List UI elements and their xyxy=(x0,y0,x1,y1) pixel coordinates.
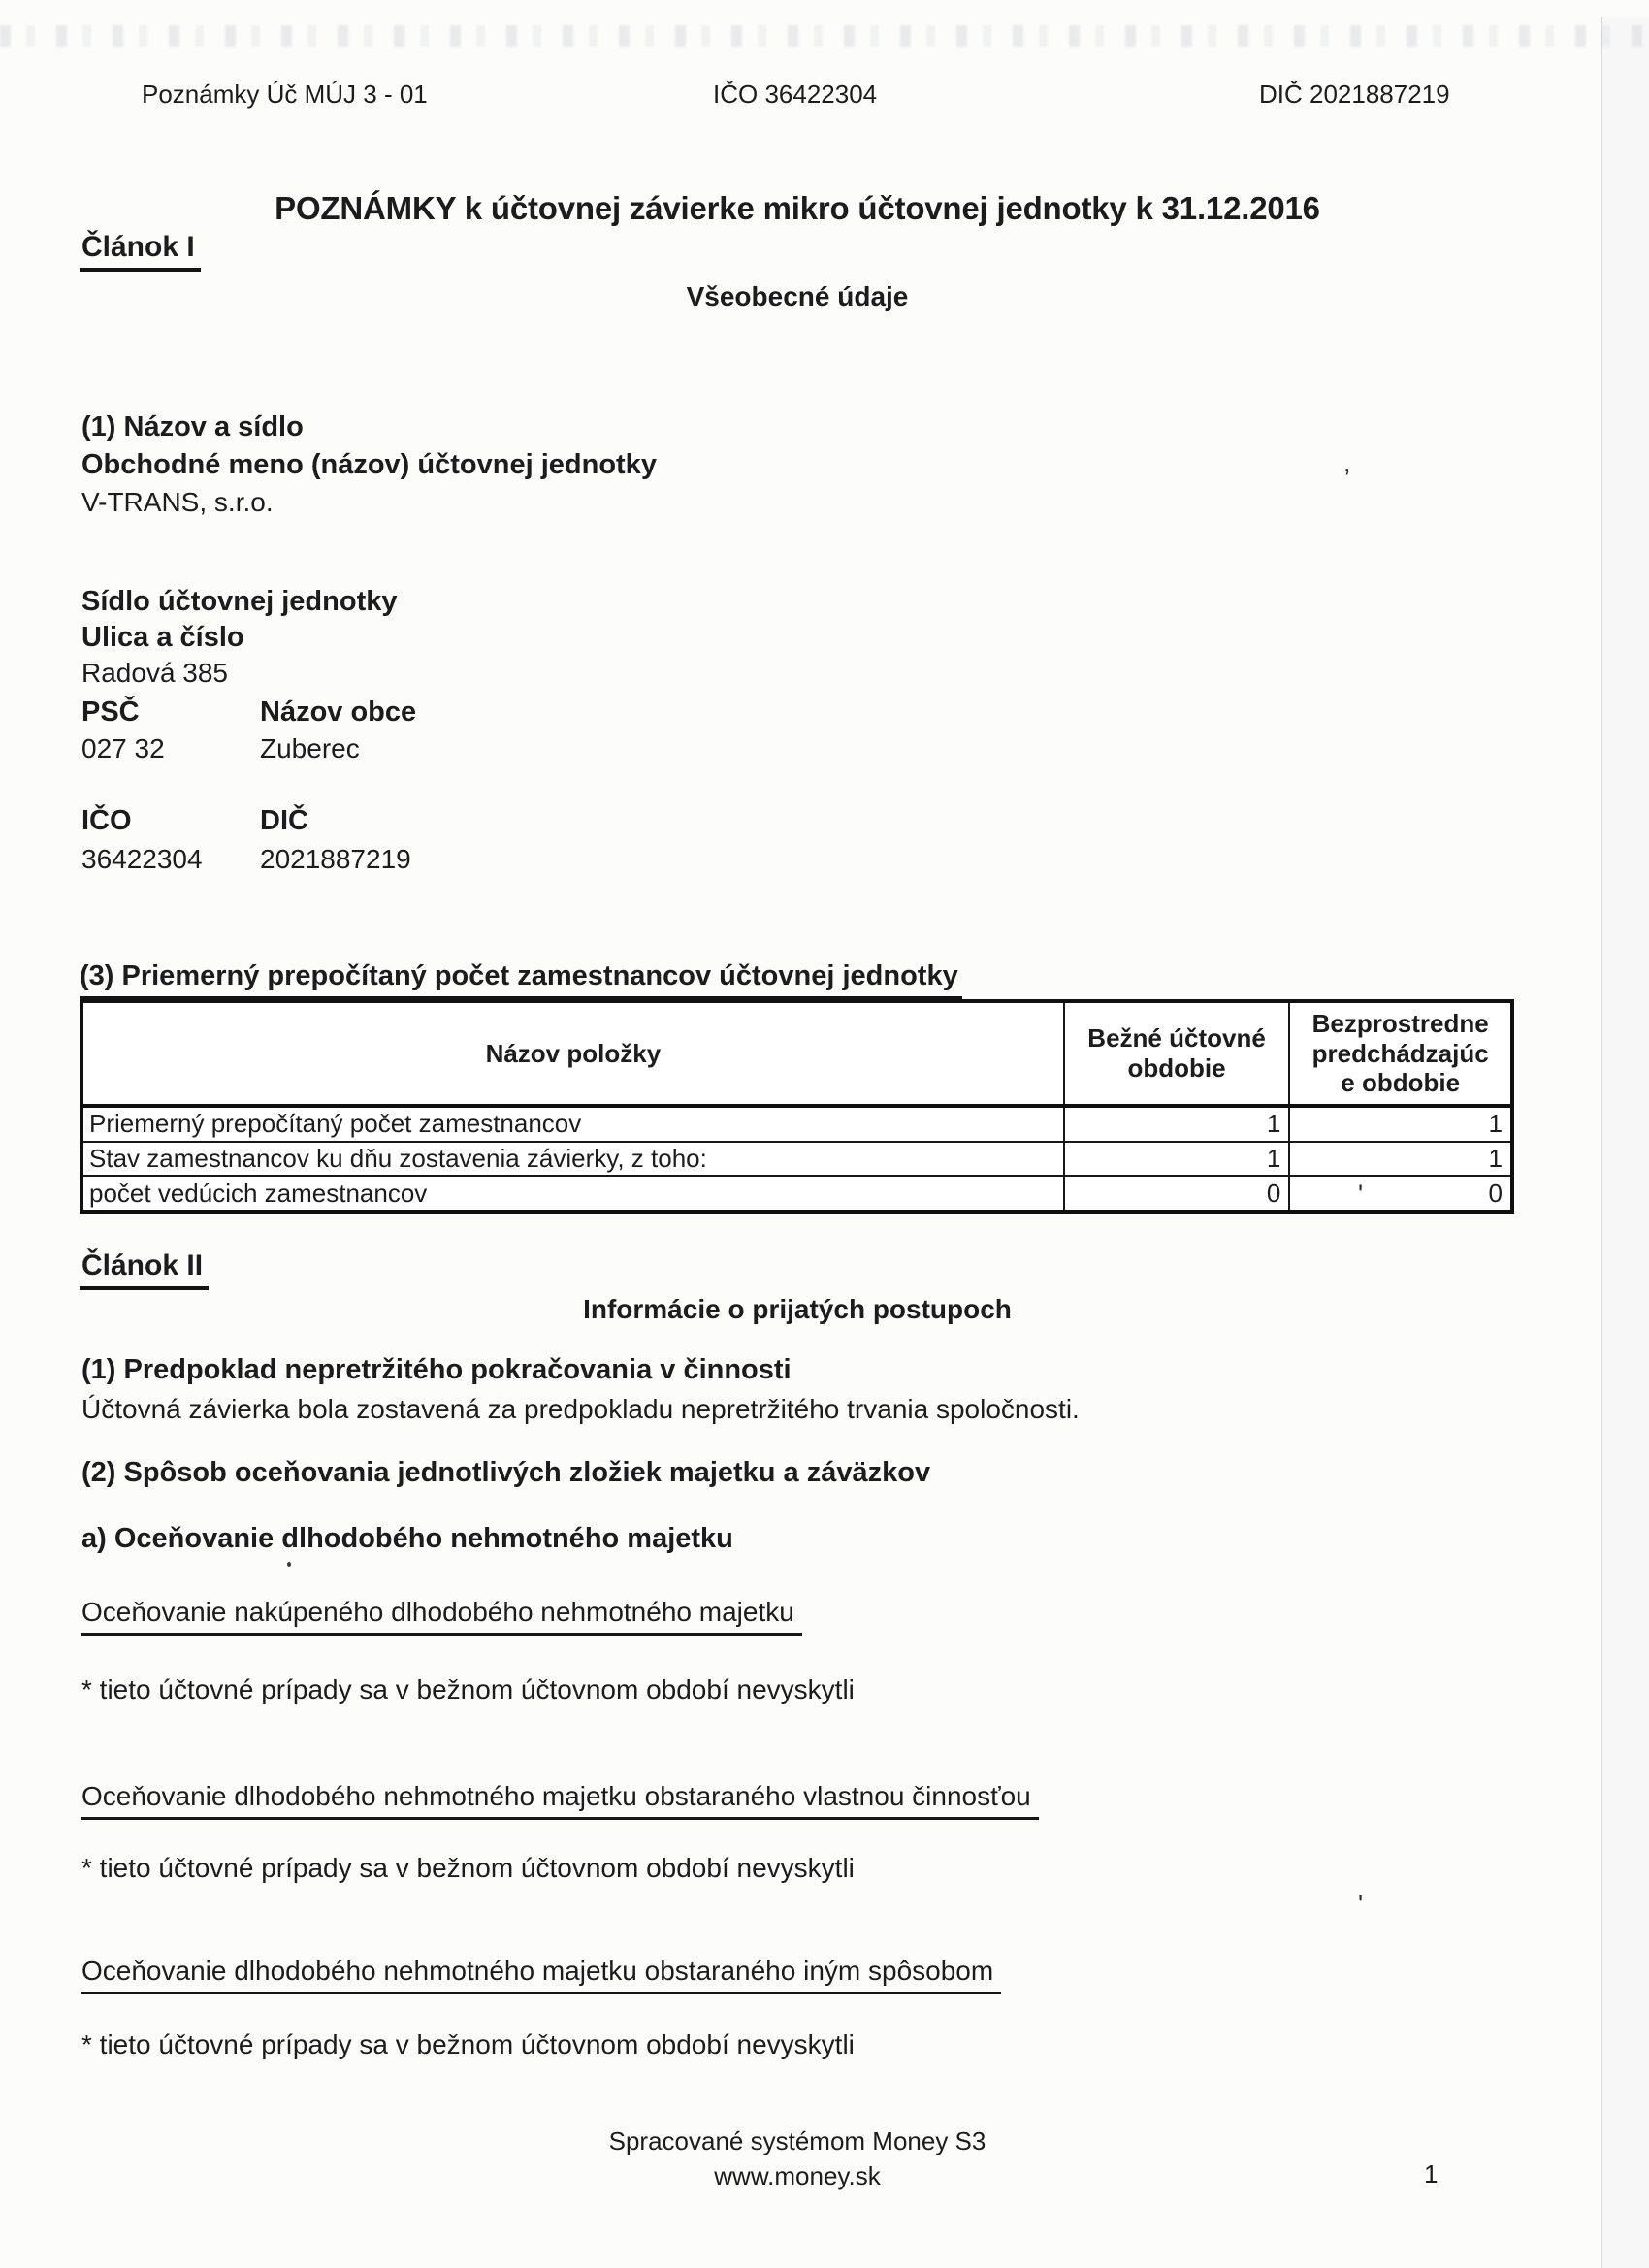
scanned-document-page: Poznámky Úč MÚJ 3 - 01 IČO 36422304 DIČ … xyxy=(0,0,1649,2268)
subsection-own-activity-note: * tieto účtovné prípady sa v bežnom účto… xyxy=(81,1853,855,1884)
street-value: Radová 385 xyxy=(81,658,228,689)
business-name-value: V-TRANS, s.r.o. xyxy=(81,487,274,518)
scan-artifact-comma: , xyxy=(1343,448,1351,478)
footer-url: www.money.sk xyxy=(80,2161,1515,2191)
row-label: Priemerný prepočítaný počet zamestnancov xyxy=(81,1106,1064,1142)
section3-heading: (3) Priemerný prepočítaný počet zamestna… xyxy=(80,960,962,999)
psc-label: PSČ xyxy=(81,697,140,729)
street-label: Ulica a číslo xyxy=(81,622,244,654)
ico-label: IČO xyxy=(81,805,132,837)
going-concern-text: Účtovná závierka bola zostavená za predp… xyxy=(81,1394,1080,1425)
row-label: počet vedúcich zamestnancov xyxy=(81,1176,1064,1212)
table-row: Stav zamestnancov ku dňu zostavenia závi… xyxy=(81,1142,1512,1177)
row-current-value: 1 xyxy=(1064,1142,1290,1177)
table-header-current-period: Bežné účtovné obdobie xyxy=(1064,1001,1290,1106)
scan-artifact-apostrophe: ' xyxy=(1358,1180,1363,1210)
article1-subtitle: Všeobecné údaje xyxy=(80,281,1515,312)
header-ico: IČO 36422304 xyxy=(713,80,877,110)
subsection-purchased-note: * tieto účtovné prípady sa v bežnom účto… xyxy=(81,1674,855,1705)
valuation-methods-heading: (2) Spôsob oceňovania jednotlivých zloži… xyxy=(81,1457,930,1489)
subsection-purchased-heading: Oceňovanie nakúpeného dlhodobého nehmotn… xyxy=(81,1597,802,1636)
row-current-value: 1 xyxy=(1064,1106,1290,1142)
psc-value: 027 32 xyxy=(81,733,165,764)
form-id: Poznámky Úč MÚJ 3 - 01 xyxy=(142,80,428,110)
employees-table: Názov položky Bežné účtovné obdobie Bezp… xyxy=(80,999,1514,1214)
page-number: 1 xyxy=(1424,2159,1438,2189)
page-title: POZNÁMKY k účtovnej závierke mikro účtov… xyxy=(80,190,1515,227)
intangible-assets-heading: a) Oceňovanie dlhodobého nehmotného maje… xyxy=(81,1523,733,1555)
row-previous-value: 1 xyxy=(1289,1142,1512,1177)
header-dic: DIČ 2021887219 xyxy=(1259,80,1450,110)
scan-artifact-dot xyxy=(287,1562,291,1567)
scan-page-edge-shade xyxy=(1602,17,1649,2268)
article2-heading: Článok II xyxy=(80,1249,209,1290)
section1-heading: (1) Názov a sídlo xyxy=(81,411,304,443)
table-header-name: Názov položky xyxy=(81,1001,1064,1106)
scan-noise-band xyxy=(0,25,1649,47)
article2-subtitle: Informácie o prijatých postupoch xyxy=(80,1294,1515,1325)
table-row: Priemerný prepočítaný počet zamestnancov… xyxy=(81,1106,1512,1142)
row-previous-value: 1 xyxy=(1289,1106,1512,1142)
dic-value: 2021887219 xyxy=(260,844,411,875)
scan-artifact-apostrophe: ' xyxy=(1358,1890,1363,1920)
subsection-own-activity-heading: Oceňovanie dlhodobého nehmotného majetku… xyxy=(81,1781,1039,1820)
article1-heading: Článok I xyxy=(80,231,201,272)
obec-value: Zuberec xyxy=(260,733,360,764)
ico-value: 36422304 xyxy=(81,844,203,875)
row-current-value: 0 xyxy=(1064,1176,1290,1212)
subsection-other-way-note: * tieto účtovné prípady sa v bežnom účto… xyxy=(81,2029,855,2060)
obec-label: Názov obce xyxy=(260,697,416,729)
row-label: Stav zamestnancov ku dňu zostavenia závi… xyxy=(81,1142,1064,1177)
seat-label: Sídlo účtovnej jednotky xyxy=(81,586,398,618)
table-header-previous-period: Bezprostredne predchádzajúc e obdobie xyxy=(1289,1001,1512,1106)
table-header-row: Názov položky Bežné účtovné obdobie Bezp… xyxy=(81,1001,1512,1106)
footer-system-line: Spracované systémom Money S3 xyxy=(80,2126,1515,2156)
table-row: počet vedúcich zamestnancov 0 0 xyxy=(81,1176,1512,1212)
business-name-label: Obchodné meno (názov) účtovnej jednotky xyxy=(81,449,657,481)
going-concern-heading: (1) Predpoklad nepretržitého pokračovani… xyxy=(81,1354,792,1386)
subsection-other-way-heading: Oceňovanie dlhodobého nehmotného majetku… xyxy=(81,1956,1001,1994)
row-previous-value: 0 xyxy=(1289,1176,1512,1212)
dic-label: DIČ xyxy=(260,805,308,837)
